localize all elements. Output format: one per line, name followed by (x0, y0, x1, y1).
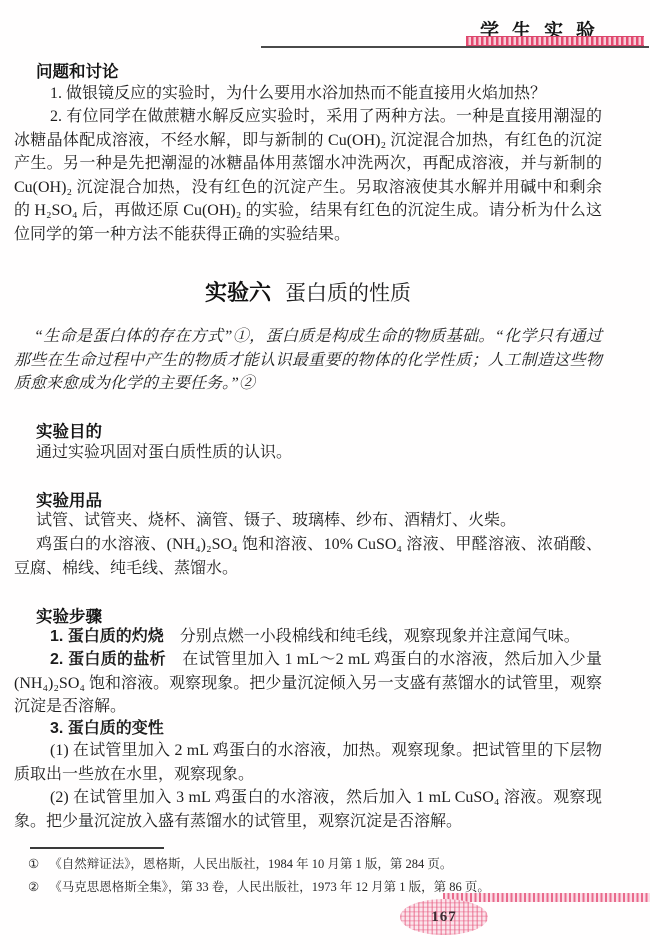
discussion-question-2: 2. 有位同学在做蔗糖水解反应实验时，采用了两种方法。一种是直接用潮湿的冰糖晶体… (14, 105, 602, 246)
step-3-term: 3. 蛋白质的变性 (14, 717, 602, 741)
purpose-heading: 实验目的 (36, 418, 102, 442)
step-2: 2. 蛋白质的盐析 在试管里加入 1 mL～2 mL 鸡蛋白的水溶液，然后加入少… (14, 648, 602, 719)
footnote-1-text: 《自然辩证法》，恩格斯，人民出版社，1984 年 10 月第 1 版，第 284… (49, 857, 452, 871)
step-1-text: 分别点燃一小段棉线和纯毛线，观察现象并注意闻气味。 (164, 628, 580, 645)
materials-heading: 实验用品 (36, 487, 102, 511)
page-number: 167 (431, 909, 457, 926)
intro-quote: “生命是蛋白体的存在方式”①，蛋白质是构成生命的物质基础。“化学只有通过那些在生… (14, 325, 602, 396)
purpose-text: 通过实验巩固对蛋白质性质的认识。 (14, 441, 602, 465)
footnote-rule (30, 847, 164, 849)
materials-line-2: 鸡蛋白的水溶液、(NH₄)₂SO₄ 饱和溶液、10% CuSO₄ 溶液、甲醛溶液… (14, 533, 602, 580)
header-stripe-band (466, 36, 644, 46)
footnote-2-marker: ② (28, 880, 39, 894)
page-number-stripe-band (443, 893, 650, 902)
experiment-title: 实验六蛋白质的性质 (14, 276, 602, 307)
step-2-term: 2. 蛋白质的盐析 (50, 651, 166, 668)
steps-heading: 实验步骤 (36, 603, 102, 627)
footnote-1-marker: ① (28, 857, 39, 871)
footnote-2-text: 《马克思恩格斯全集》，第 33 卷，人民出版社，1973 年 12 月第 1 版… (49, 880, 490, 894)
step-3-sub-1: (1) 在试管里加入 2 mL 鸡蛋白的水溶液，加热。观察现象。把试管里的下层物… (14, 739, 602, 786)
materials-line-1: 试管、试管夹、烧杯、滴管、镊子、玻璃棒、纱布、酒精灯、火柴。 (14, 509, 602, 533)
step-3-sub-2: (2) 在试管里加入 3 mL 鸡蛋白的水溶液，然后加入 1 mL CuSO₄ … (14, 786, 602, 833)
step-1: 1. 蛋白质的灼烧 分别点燃一小段棉线和纯毛线，观察现象并注意闻气味。 (14, 625, 602, 649)
step-1-term: 1. 蛋白质的灼烧 (50, 628, 164, 645)
header-rule (261, 46, 649, 48)
experiment-number-label: 实验六 (205, 280, 271, 305)
footnote-1: ①《自然辩证法》，恩格斯，人民出版社，1984 年 10 月第 1 版，第 28… (28, 856, 628, 873)
discussion-heading: 问题和讨论 (36, 58, 119, 82)
page-number-badge: 167 (400, 899, 488, 935)
textbook-page: 学生实验 问题和讨论 1. 做银镜反应的实验时，为什么要用水浴加热而不能直接用火… (0, 0, 650, 950)
discussion-question-1: 1. 做银镜反应的实验时，为什么要用水浴加热而不能直接用火焰加热？ (14, 82, 602, 106)
experiment-name: 蛋白质的性质 (285, 281, 411, 305)
